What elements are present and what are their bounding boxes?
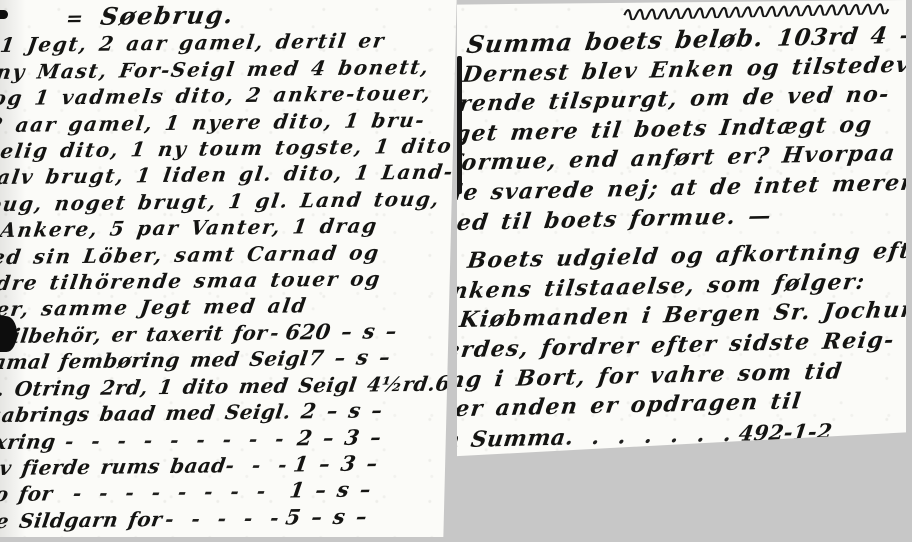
section-heading: Søebrug. xyxy=(99,0,237,31)
right-page-text: Summa boets beløb. 103rd 4 – 13½ Dernest… xyxy=(395,0,906,457)
entry-value: 1 – s – xyxy=(288,477,376,504)
entry-text: 1 Sexring xyxy=(0,428,58,456)
left-manuscript-page: =Søebrug. 1 Jegt, 2 aar gamel, dertil er… xyxy=(0,0,458,537)
right-manuscript-page: Summa boets beløb. 103rd 4 – 13½ Dernest… xyxy=(457,0,906,458)
dot-leader: . . . . . . . . xyxy=(564,419,741,453)
entry-text: 1 Dito for xyxy=(0,481,54,509)
dash-leader: - - - - - - xyxy=(224,451,296,478)
summa-value: 103rd 4 – 13½ xyxy=(776,19,912,53)
dash-leader: - - - - - - - - xyxy=(51,478,292,507)
dash-leader: - - - - - xyxy=(160,504,287,532)
entry-value: 5 – s – xyxy=(284,503,372,530)
entry-text: 1 halv fierde rums baad xyxy=(0,452,228,482)
entry-value: 2 – 3 – xyxy=(295,424,383,451)
entry-value: 1 – 3 – xyxy=(292,450,380,477)
entry-value: 7 – s – xyxy=(307,344,395,371)
entry-text: 10/7de Sildgarn for xyxy=(0,506,164,535)
entry-text: sin tilbehör, er taxerit for xyxy=(0,320,269,350)
page-edge-shadow xyxy=(457,56,462,194)
inventory-entry: 10/7de Sildgarn for - - - - - 5 – s – xyxy=(0,503,378,535)
scanned-manuscript-view: { "document_type": "handwritten probate … xyxy=(0,0,912,542)
entry-value: 620 – s – xyxy=(284,318,399,346)
pen-flourish-line xyxy=(622,0,896,20)
dash-leader: - - - - - - - - - xyxy=(54,425,300,454)
dash-leader: - xyxy=(265,319,287,346)
heading-prefix-mark: = xyxy=(64,5,86,32)
entry-value: 2 – s – xyxy=(299,397,387,424)
left-page-text: =Søebrug. 1 Jegt, 2 aar gamel, dertil er… xyxy=(0,0,458,535)
entry-value: 492-1-2 xyxy=(737,416,834,448)
ink-blot xyxy=(0,10,8,19)
